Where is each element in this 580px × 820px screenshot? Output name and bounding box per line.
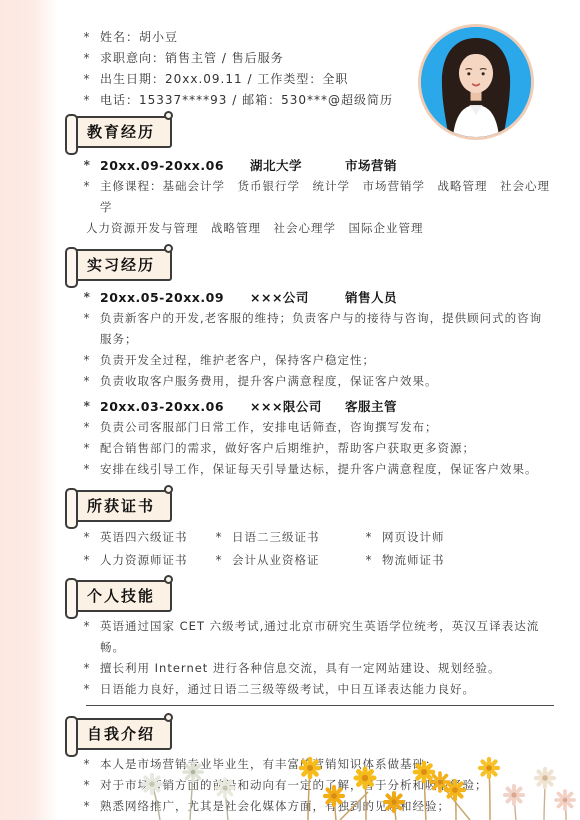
asterisk-bullet: *	[80, 350, 94, 371]
scroll-roll-icon	[65, 488, 78, 529]
asterisk-bullet: *	[212, 530, 226, 544]
asterisk-bullet: *	[80, 176, 94, 197]
job-role: 客服主管	[345, 397, 397, 415]
job-date: 20xx.03-20xx.06	[100, 399, 250, 414]
info-text: 姓名：胡小豆	[100, 28, 178, 45]
asterisk-bullet: *	[80, 530, 94, 544]
section-certificates: 所获证书 * 英语四六级证书 * 日语二三级证书 * 网页设计师 * 人力资源师…	[66, 490, 554, 570]
asterisk-bullet: *	[80, 72, 94, 86]
certificate-item: * 物流师证书	[348, 549, 554, 570]
scroll-knob-icon	[164, 111, 173, 120]
section-divider	[86, 705, 554, 706]
section-header-skills: 个人技能	[70, 580, 172, 612]
certificate-label: 英语四六级证书	[100, 529, 188, 545]
section-header-education: 教育经历	[70, 116, 172, 148]
section-title: 所获证书	[87, 497, 155, 515]
asterisk-bullet: *	[80, 371, 94, 392]
scroll-knob-icon	[164, 485, 173, 494]
asterisk-bullet: *	[80, 290, 94, 304]
info-text: 电话：15337****93 / 邮箱：530***@超级简历	[100, 91, 393, 108]
courses-text: 主修课程：基础会计学 货币银行学 统计学 市场营销学 战略管理 社会心理学	[100, 176, 554, 218]
job-date: 20xx.05-20xx.09	[100, 290, 250, 305]
job-bullet-text: 负责新客户的开发,老客服的维持；负责客户与的接待与咨询，提供顾问式的咨询服务；	[100, 308, 554, 350]
certificate-label: 人力资源师证书	[100, 552, 188, 568]
flowers-decoration	[0, 752, 580, 820]
job-bullet: * 负责收取客户服务费用，提升客户满意程度，保证客户效果。	[66, 371, 554, 392]
job-row: * 20xx.05-20xx.09 ×××公司 销售人员	[66, 286, 554, 308]
asterisk-bullet: *	[80, 658, 94, 679]
info-text: 求职意向：销售主管 / 售后服务	[100, 49, 284, 66]
education-school: 湖北大学	[250, 156, 345, 174]
asterisk-bullet: *	[80, 616, 94, 637]
asterisk-bullet: *	[80, 93, 94, 107]
asterisk-bullet: *	[80, 679, 94, 700]
certificate-item: * 日语二三级证书	[198, 526, 348, 547]
asterisk-bullet: *	[80, 308, 94, 329]
job-row: * 20xx.03-20xx.06 ×××限公司 客服主管	[66, 395, 554, 417]
certificate-item: * 英语四六级证书	[66, 526, 198, 547]
asterisk-bullet: *	[80, 417, 94, 438]
asterisk-bullet: *	[80, 399, 94, 413]
certificate-item: * 网页设计师	[348, 526, 554, 547]
scroll-roll-icon	[65, 578, 78, 619]
section-header-about: 自我介绍	[70, 718, 172, 750]
job-bullet: * 安排在线引导工作，保证每天引导量达标，提升客户满意程度，保证客户效果。	[66, 459, 554, 480]
section-title: 自我介绍	[87, 725, 155, 743]
job-role: 销售人员	[345, 288, 397, 306]
portrait-illustration	[421, 27, 531, 137]
education-date: 20xx.09-20xx.06	[100, 158, 250, 173]
certificate-label: 会计从业资格证	[232, 552, 320, 568]
scroll-roll-icon	[65, 247, 78, 288]
section-internship: 实习经历 * 20xx.05-20xx.09 ×××公司 销售人员 * 负责新客…	[66, 249, 554, 480]
skill-bullet: * 擅长利用 Internet 进行各种信息交流，具有一定网站建设、规划经验。	[66, 658, 554, 679]
education-row: * 20xx.09-20xx.06 湖北大学 市场营销	[66, 154, 554, 176]
scroll-roll-icon	[65, 114, 78, 155]
job-company: ×××限公司	[250, 397, 345, 415]
section-header-certificates: 所获证书	[70, 490, 172, 522]
section-title: 教育经历	[87, 123, 155, 141]
asterisk-bullet: *	[80, 30, 94, 44]
education-major: 市场营销	[345, 156, 397, 174]
section-title: 实习经历	[87, 256, 155, 274]
section-skills: 个人技能 * 英语通过国家 CET 六级考试,通过北京市研究生英语学位统考，英汉…	[66, 580, 554, 706]
certificate-label: 网页设计师	[382, 529, 445, 545]
job-bullet-text: 安排在线引导工作，保证每天引导量达标，提升客户满意程度，保证客户效果。	[100, 459, 538, 480]
asterisk-bullet: *	[80, 459, 94, 480]
job-company: ×××公司	[250, 288, 345, 306]
scroll-roll-icon	[65, 716, 78, 757]
job-bullet: * 负责开发全过程，维护老客户，保持客户稳定性；	[66, 350, 554, 371]
skill-bullet: * 日语能力良好，通过日语二三级等级考试，中日互译表达能力良好。	[66, 679, 554, 700]
asterisk-bullet: *	[80, 51, 94, 65]
scroll-knob-icon	[164, 244, 173, 253]
certificate-item: * 会计从业资格证	[198, 549, 348, 570]
job-bullet-text: 负责收取客户服务费用，提升客户满意程度，保证客户效果。	[100, 371, 438, 392]
asterisk-bullet: *	[362, 553, 376, 567]
job-bullet: * 负责公司客服部门日常工作，安排电话筛查，咨询撰写发布；	[66, 417, 554, 438]
scroll-knob-icon	[164, 713, 173, 722]
asterisk-bullet: *	[212, 553, 226, 567]
asterisk-bullet: *	[80, 438, 94, 459]
skill-bullet: * 英语通过国家 CET 六级考试,通过北京市研究生英语学位统考，英汉互译表达流…	[66, 616, 554, 658]
asterisk-bullet: *	[80, 158, 94, 172]
section-header-internship: 实习经历	[70, 249, 172, 281]
job-bullet: * 配合销售部门的需求，做好客户后期维护，帮助客户获取更多资源；	[66, 438, 554, 459]
job-bullet-text: 负责公司客服部门日常工作，安排电话筛查，咨询撰写发布；	[100, 417, 438, 438]
asterisk-bullet: *	[80, 553, 94, 567]
info-text: 出生日期：20xx.09.11 / 工作类型：全职	[100, 70, 348, 87]
courses-line-continued: 人力资源开发与管理 战略管理 社会心理学 国际企业管理	[66, 218, 554, 239]
skill-text: 日语能力良好，通过日语二三级等级考试，中日互译表达能力良好。	[100, 679, 475, 700]
section-title: 个人技能	[87, 587, 155, 605]
certificate-item: * 人力资源师证书	[66, 549, 198, 570]
scroll-knob-icon	[164, 575, 173, 584]
pink-side-band	[0, 0, 58, 820]
job-bullet-text: 负责开发全过程，维护老客户，保持客户稳定性；	[100, 350, 375, 371]
certificates-grid: * 英语四六级证书 * 日语二三级证书 * 网页设计师 * 人力资源师证书 * …	[66, 526, 554, 570]
asterisk-bullet: *	[362, 530, 376, 544]
profile-photo	[418, 24, 534, 140]
skill-text: 擅长利用 Internet 进行各种信息交流，具有一定网站建设、规划经验。	[100, 658, 500, 679]
job-bullet-text: 配合销售部门的需求，做好客户后期维护，帮助客户获取更多资源；	[100, 438, 475, 459]
job-bullet: * 负责新客户的开发,老客服的维持；负责客户与的接待与咨询，提供顾问式的咨询服务…	[66, 308, 554, 350]
certificate-label: 物流师证书	[382, 552, 445, 568]
certificate-label: 日语二三级证书	[232, 529, 320, 545]
skill-text: 英语通过国家 CET 六级考试,通过北京市研究生英语学位统考，英汉互译表达流畅。	[100, 616, 554, 658]
courses-line: * 主修课程：基础会计学 货币银行学 统计学 市场营销学 战略管理 社会心理学	[66, 176, 554, 218]
